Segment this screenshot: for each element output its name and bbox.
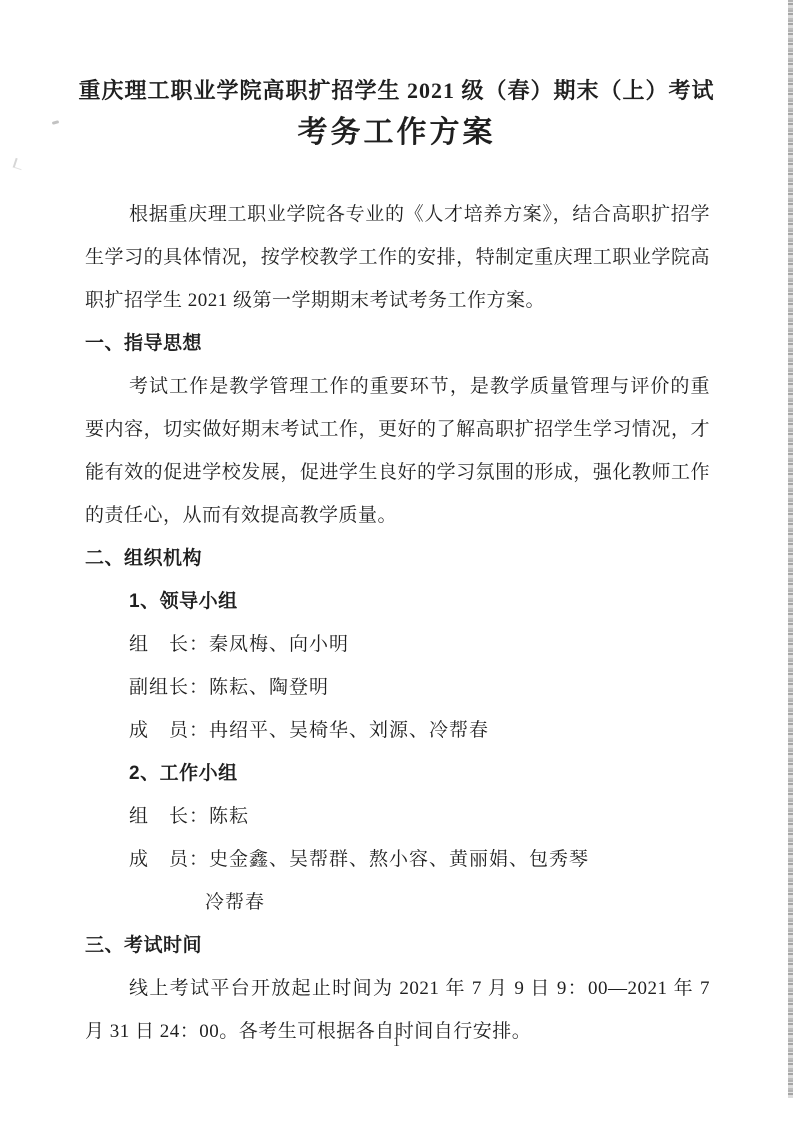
document-title-line1: 重庆理工职业学院高职扩招学生 2021 级（春）期末（上）考试 [60,76,733,106]
leading-group-title: 1、领导小组 [85,580,710,623]
section-1-heading: 一、指导思想 [85,322,710,365]
page-number: 1 [0,1034,793,1052]
scan-speck-artifact [52,120,60,125]
section-2-heading: 二、组织机构 [85,537,710,580]
working-group-leader-line: 组 长：陈耘 [85,795,710,838]
section-3-heading: 三、考试时间 [85,924,710,967]
leading-group-deputy-line: 副组长：陈耘、陶登明 [85,666,710,709]
scan-edge-artifact [788,0,793,1098]
working-group-members-continuation: 冷帮春 [85,881,710,924]
document-page: 重庆理工职业学院高职扩招学生 2021 级（春）期末（上）考试 考务工作方案 根… [0,0,793,1122]
intro-paragraph: 根据重庆理工职业学院各专业的《人才培养方案》，结合高职扩招学生学习的具体情况，按… [85,193,710,322]
working-group-title: 2、工作小组 [85,752,710,795]
leading-group-members-line: 成 员：冉绍平、吴椅华、刘源、冷帮春 [85,709,710,752]
document-title-block: 重庆理工职业学院高职扩招学生 2021 级（春）期末（上）考试 考务工作方案 [60,76,733,152]
scan-speck-artifact [13,158,25,170]
document-body: 根据重庆理工职业学院各专业的《人才培养方案》，结合高职扩招学生学习的具体情况，按… [85,193,710,1053]
working-group-members-line: 成 员：史金鑫、吴帮群、熬小容、黄丽娟、包秀琴 [85,838,710,881]
document-title-line2: 考务工作方案 [60,114,733,152]
leading-group-leader-line: 组 长：秦凤梅、向小明 [85,623,710,666]
section-1-paragraph: 考试工作是教学管理工作的重要环节，是教学质量管理与评价的重要内容，切实做好期末考… [85,365,710,537]
